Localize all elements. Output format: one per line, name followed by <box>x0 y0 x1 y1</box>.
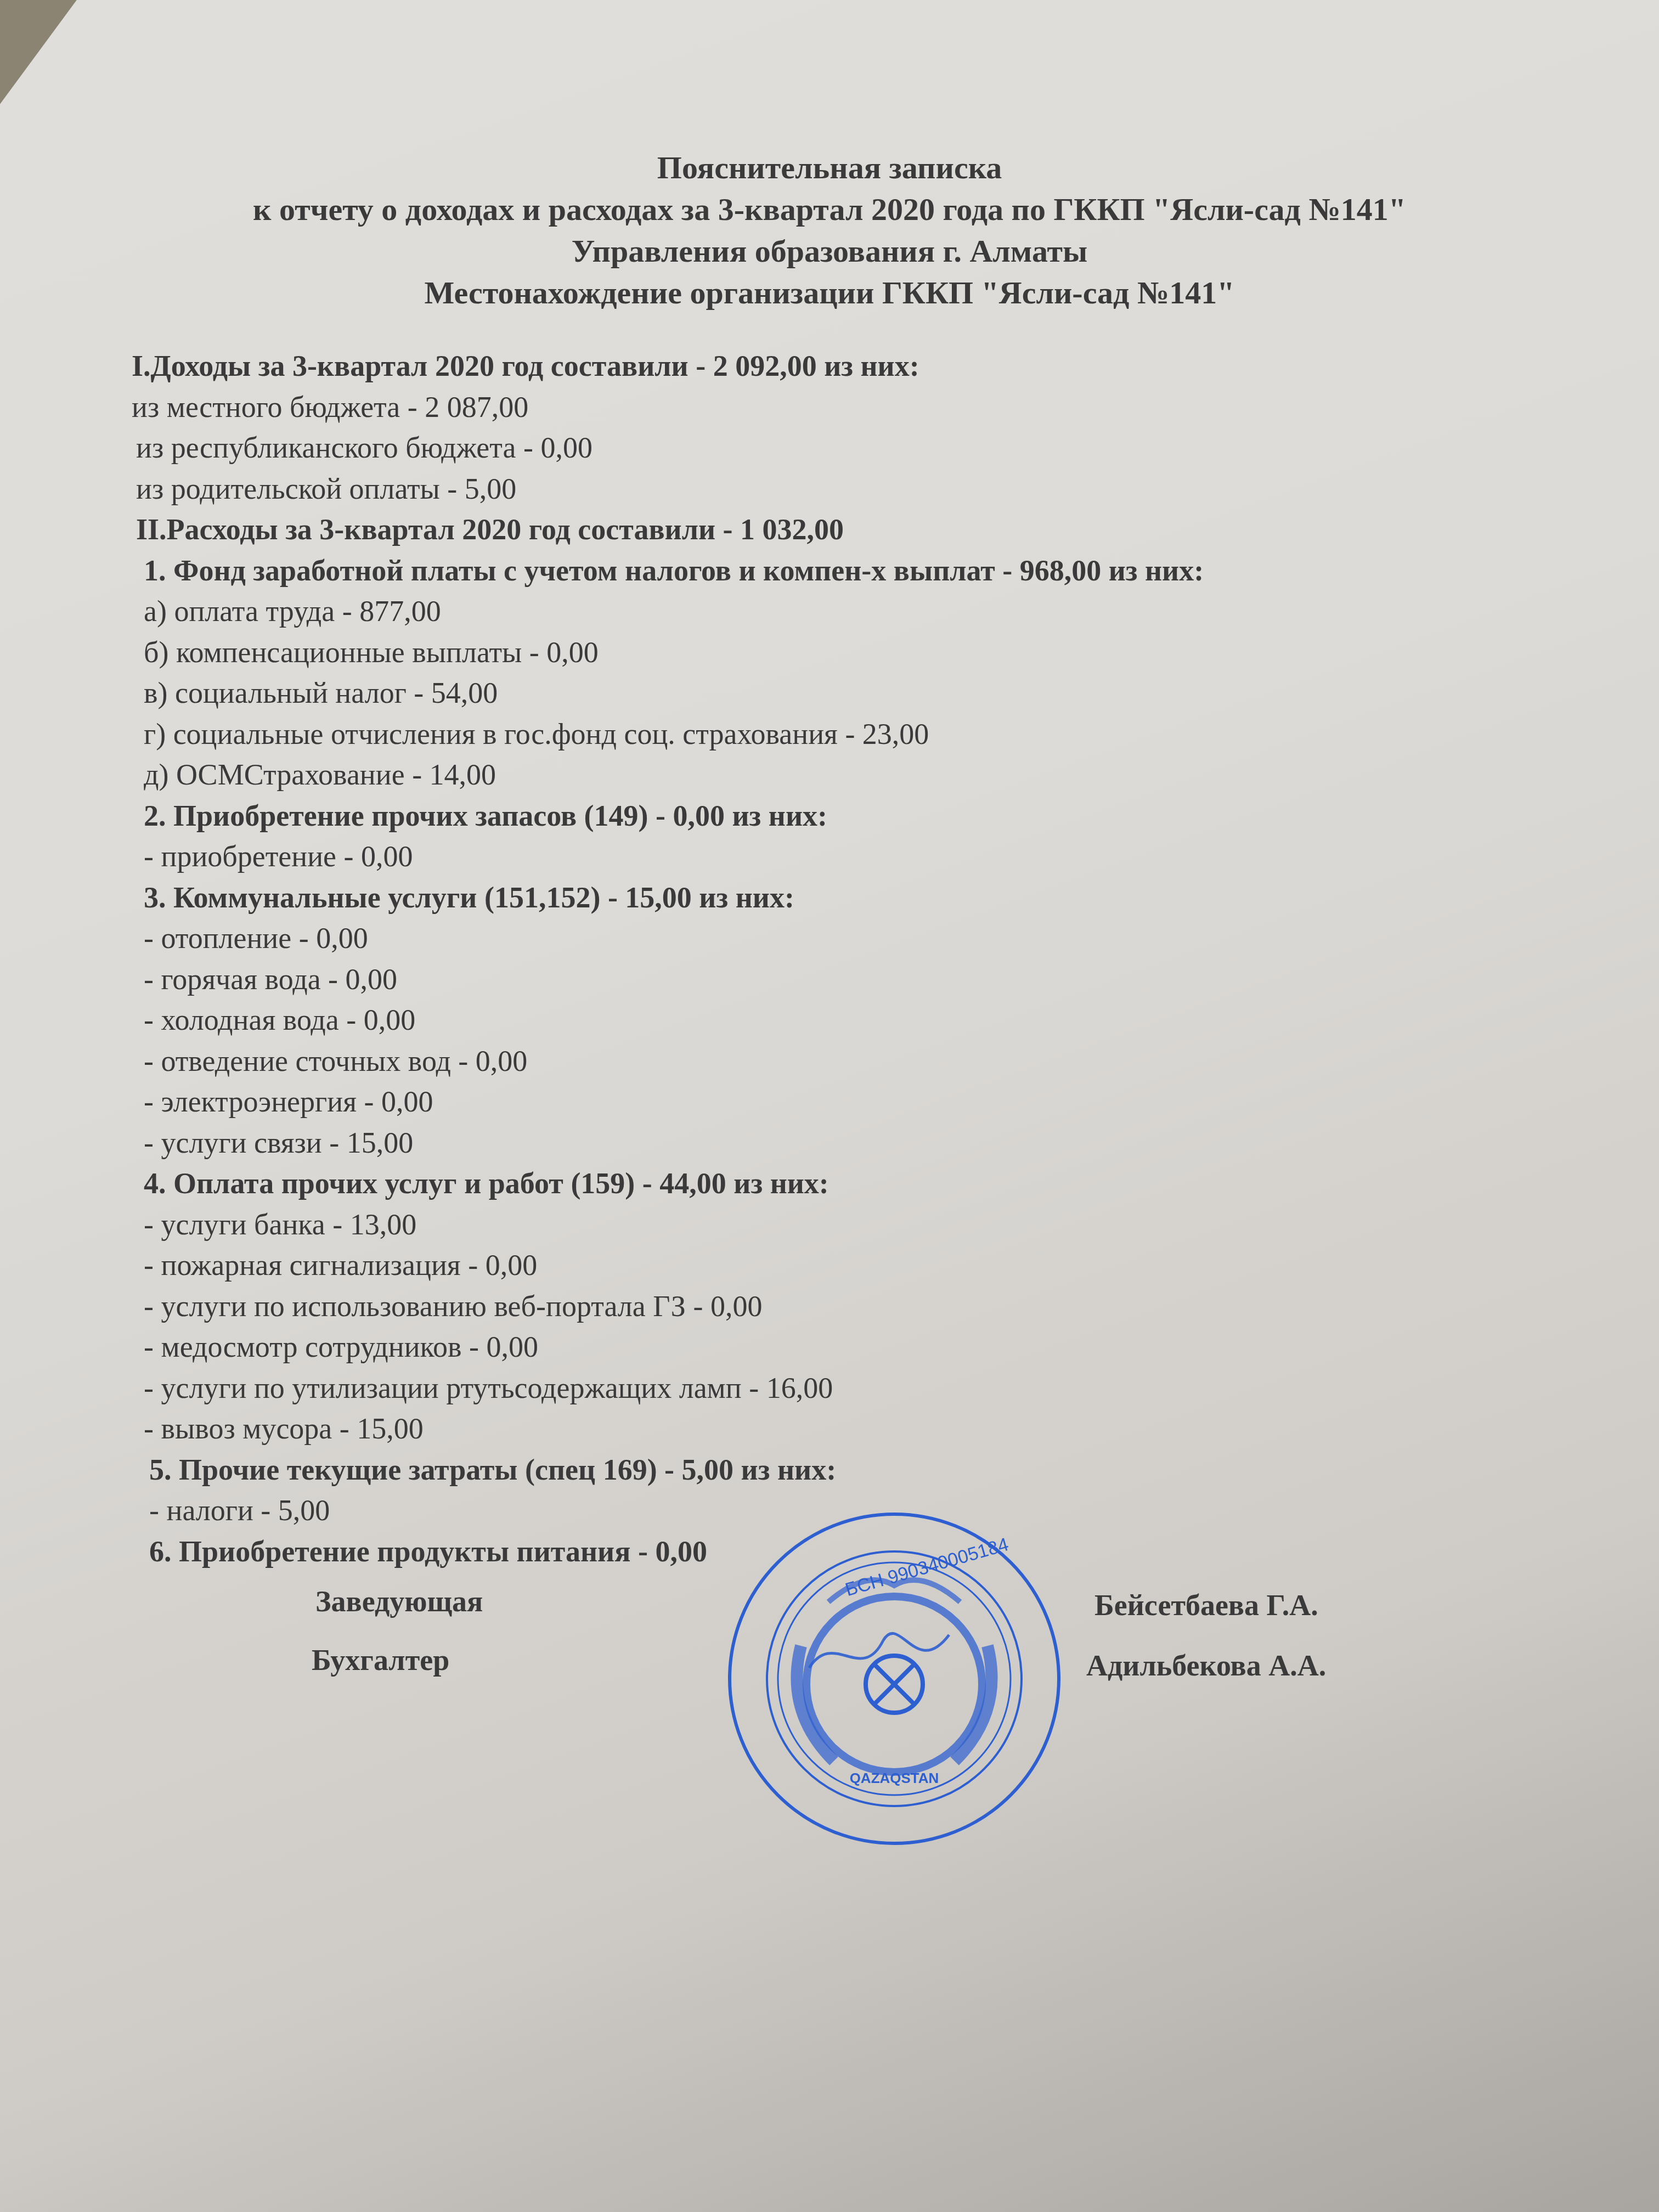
accountant-name: Адильбекова А.А. <box>1086 1649 1326 1683</box>
report-body: I.Доходы за 3-квартал 2020 год составили… <box>132 346 1204 1572</box>
line-item: из республиканского бюджета - 0,00 <box>132 427 1204 469</box>
line-item: - услуги по использованию веб-портала ГЗ… <box>132 1286 1204 1327</box>
line-item: - отопление - 0,00 <box>132 918 1204 959</box>
head-name: Бейсетбаева Г.А. <box>1094 1588 1318 1622</box>
line-item: - вывоз мусора - 15,00 <box>132 1408 1204 1449</box>
line-item: г) социальные отчисления в гос.фонд соц.… <box>132 714 1204 755</box>
document-title: Пояснительная записка <box>0 147 1659 189</box>
document-location: Местонахождение организации ГККП "Ясли-с… <box>0 272 1659 314</box>
section-heading: I.Доходы за 3-квартал 2020 год составили… <box>132 346 1204 387</box>
head-title: Заведующая <box>315 1584 483 1618</box>
document-page: Пояснительная записка к отчету о доходах… <box>0 0 1659 2212</box>
line-item: из местного бюджета - 2 087,00 <box>132 387 1204 428</box>
line-item: - услуги банка - 13,00 <box>132 1204 1204 1245</box>
section-heading: 5. Прочие текущие затраты (спец 169) - 5… <box>132 1449 1204 1491</box>
line-item: б) компенсационные выплаты - 0,00 <box>132 632 1204 673</box>
document-department: Управления образования г. Алматы <box>0 230 1659 272</box>
section-heading: 1. Фонд заработной платы с учетом налого… <box>132 550 1204 591</box>
line-item: - холодная вода - 0,00 <box>132 1000 1204 1041</box>
official-stamp: БСН 990340005184 QAZAQSTAN <box>719 1503 1070 1854</box>
line-item: - горячая вода - 0,00 <box>132 959 1204 1000</box>
line-item: а) оплата труда - 877,00 <box>132 591 1204 632</box>
section-heading: II.Расходы за 3-квартал 2020 год состави… <box>132 509 1204 550</box>
document-header: Пояснительная записка к отчету о доходах… <box>0 147 1659 314</box>
accountant-title: Бухгалтер <box>312 1643 449 1677</box>
line-item: д) ОСМСтрахование - 14,00 <box>132 754 1204 795</box>
line-item: - отведение сточных вод - 0,00 <box>132 1041 1204 1082</box>
line-item: - медосмотр сотрудников - 0,00 <box>132 1327 1204 1368</box>
section-heading: 3. Коммунальные услуги (151,152) - 15,00… <box>132 877 1204 918</box>
line-item: - приобретение - 0,00 <box>132 836 1204 877</box>
section-heading: 4. Оплата прочих услуг и работ (159) - 4… <box>132 1163 1204 1204</box>
line-item: - услуги связи - 15,00 <box>132 1122 1204 1164</box>
line-item: в) социальный налог - 54,00 <box>132 673 1204 714</box>
section-heading: 2. Приобретение прочих запасов (149) - 0… <box>132 795 1204 837</box>
line-item: - пожарная сигнализация - 0,00 <box>132 1245 1204 1286</box>
line-item: - услуги по утилизации ртутьсодержащих л… <box>132 1368 1204 1409</box>
stamp-country-text: QAZAQSTAN <box>850 1770 939 1786</box>
line-item: из родительской оплаты - 5,00 <box>132 469 1204 510</box>
document-subtitle: к отчету о доходах и расходах за 3-кварт… <box>0 189 1659 230</box>
line-item: - электроэнергия - 0,00 <box>132 1081 1204 1122</box>
